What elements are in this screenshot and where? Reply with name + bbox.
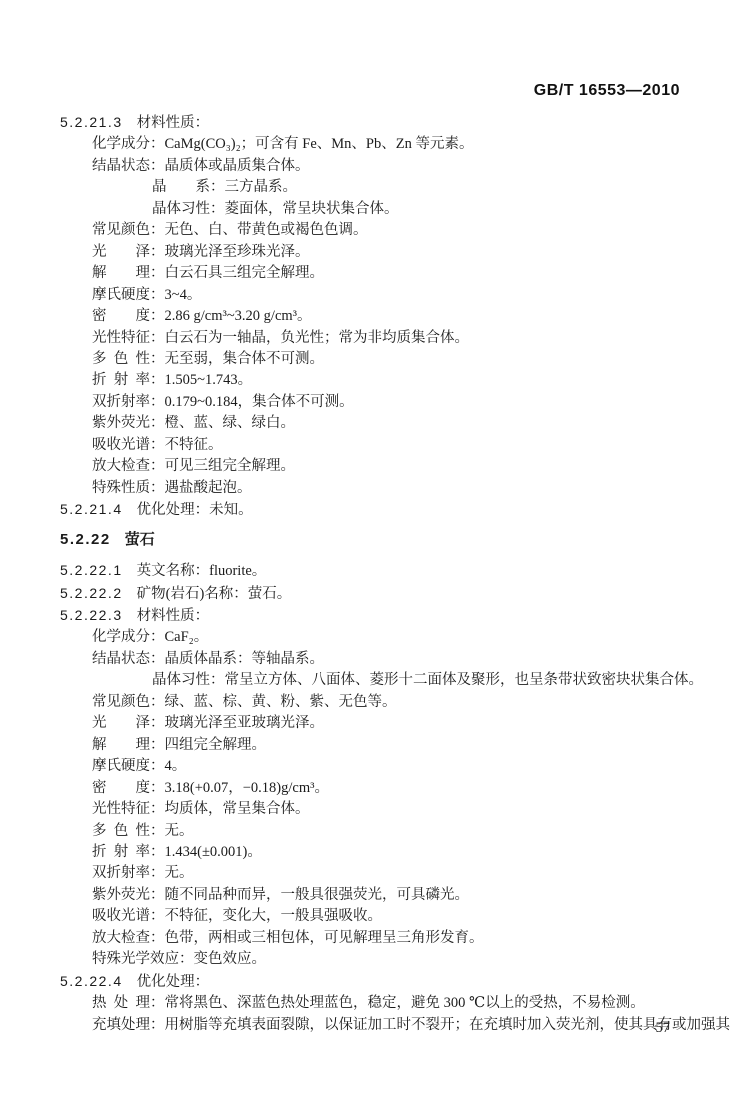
property-label: 紫外荧光 (92, 413, 150, 434)
property-value: ：1.505~1.743。 (150, 372, 252, 388)
property-value: ：0.179~0.184，集合体不可测。 (150, 394, 354, 410)
property-value: ：3~4。 (150, 287, 201, 303)
property-line: 光泽：玻璃光泽至珍珠光泽。 (0, 242, 750, 263)
clause-number: 5.2.22.2 (60, 583, 123, 604)
property-label: 特殊性质 (92, 478, 150, 499)
property-value: ：无。 (150, 865, 194, 881)
property-line: 热处理：常将黑色、深蓝色热处理蓝色，稳定，避免 300 ℃以上的受热，不易检测。 (0, 993, 750, 1014)
property-label: 吸收光谱 (92, 435, 150, 456)
property-line: 多色性：无。 (0, 821, 750, 842)
property-value: ：色带，两相或三相包体，可见解理呈三角形发育。 (150, 930, 484, 946)
property-value: ：白云石为一轴晶，负光性；常为非均质集合体。 (150, 330, 469, 346)
property-value: ：均质体，常呈集合体。 (150, 801, 310, 817)
property-label: 晶系 (152, 177, 210, 198)
property-value: ：遇盐酸起泡。 (150, 480, 252, 496)
property-label: 折射率 (92, 842, 150, 863)
property-value: ：晶质体晶系：等轴晶系。 (150, 651, 324, 667)
property-label: 吸收光谱 (92, 906, 150, 927)
property-label: 摩氏硬度 (92, 756, 150, 777)
property-label: 双折射率 (92, 392, 150, 413)
property-line: 紫外荧光：橙、蓝、绿、绿白。 (0, 413, 750, 434)
property-value: ：四组完全解理。 (150, 737, 266, 753)
clause-title: 材料性质： (137, 608, 210, 624)
property-label: 解理 (92, 735, 150, 756)
property-label: 放大检查 (92, 456, 150, 477)
property-line: 放大检查：可见三组完全解理。 (0, 456, 750, 477)
document-page: GB/T 16553—2010 5.2.21.3材料性质：化学成分：CaMg(C… (0, 0, 750, 1095)
property-line: 密度：2.86 g/cm³~3.20 g/cm³。 (0, 306, 750, 327)
property-value: ：橙、蓝、绿、绿白。 (150, 415, 295, 431)
clause-title: 优化处理：未知。 (137, 502, 253, 518)
clause-number: 5.2.21.3 (60, 112, 123, 133)
property-line: 结晶状态：晶质体或晶质集合体。 (0, 156, 750, 177)
property-label: 多色性 (92, 349, 150, 370)
property-line: 光性特征：均质体，常呈集合体。 (0, 799, 750, 820)
clause-number: 5.2.22 (60, 529, 111, 550)
property-line: 晶系：三方晶系。 (0, 177, 750, 198)
clause-title: 材料性质： (137, 115, 210, 131)
clause-line: 5.2.21.4优化处理：未知。 (0, 499, 750, 521)
property-line: 紫外荧光：随不同品种而异，一般具很强荧光，可具磷光。 (0, 885, 750, 906)
property-label: 光性特征 (92, 328, 150, 349)
property-line: 化学成分：CaMg(CO₃)₂；可含有 Fe、Mn、Pb、Zn 等元素。 (0, 134, 750, 155)
property-label: 常见颜色 (92, 220, 150, 241)
clause-number: 5.2.22.1 (60, 560, 123, 581)
property-line: 放大检查：色带，两相或三相包体，可见解理呈三角形发育。 (0, 928, 750, 949)
property-value: ：4。 (150, 758, 186, 774)
property-value: ：变色效应。 (179, 951, 266, 967)
property-label: 化学成分 (92, 627, 150, 648)
property-value: ：随不同品种而异，一般具很强荧光，可具磷光。 (150, 887, 469, 903)
clause-line: 5.2.22.4优化处理： (0, 971, 750, 993)
property-label: 紫外荧光 (92, 885, 150, 906)
property-line: 充填处理：用树脂等充填表面裂隙，以保证加工时不裂开；在充填时加入荧光剂，使其具有… (0, 1015, 750, 1036)
property-line: 吸收光谱：不特征，变化大，一般具强吸收。 (0, 906, 750, 927)
property-line: 常见颜色：无色、白、带黄色或褐色色调。 (0, 220, 750, 241)
clause-title: 英文名称：fluorite。 (137, 563, 267, 579)
property-value: ：三方晶系。 (210, 179, 297, 195)
property-value: ：绿、蓝、棕、黄、粉、紫、无色等。 (150, 694, 397, 710)
property-value: ：2.86 g/cm³~3.20 g/cm³。 (150, 308, 312, 324)
property-label: 双折射率 (92, 863, 150, 884)
property-value: ：常呈立方体、八面体、菱形十二面体及聚形，也呈条带状致密块状集合体。 (210, 672, 703, 688)
standard-number-header: GB/T 16553—2010 (534, 82, 680, 100)
property-label: 光泽 (92, 242, 150, 263)
clause-line: 5.2.22.3材料性质： (0, 605, 750, 627)
property-value: ：可见三组完全解理。 (150, 458, 295, 474)
property-line: 折射率：1.505~1.743。 (0, 370, 750, 391)
property-value: ：玻璃光泽至亚玻璃光泽。 (150, 715, 324, 731)
clause-number: 5.2.21.4 (60, 499, 123, 520)
property-label: 充填处理 (92, 1015, 150, 1036)
property-line: 常见颜色：绿、蓝、棕、黄、粉、紫、无色等。 (0, 692, 750, 713)
property-label: 常见颜色 (92, 692, 150, 713)
clause-title: 矿物(岩石)名称：萤石。 (137, 586, 292, 602)
property-value: ：1.434(±0.001)。 (150, 844, 262, 860)
property-label: 特殊光学效应 (92, 949, 179, 970)
property-label: 密度 (92, 306, 150, 327)
property-line: 双折射率：0.179~0.184，集合体不可测。 (0, 392, 750, 413)
property-label: 摩氏硬度 (92, 285, 150, 306)
property-value: ：用树脂等充填表面裂隙，以保证加工时不裂开；在充填时加入荧光剂，使其具有或加强其 (150, 1017, 730, 1033)
property-label: 结晶状态 (92, 649, 150, 670)
property-value: ：玻璃光泽至珍珠光泽。 (150, 244, 310, 260)
clause-line: 5.2.22.2矿物(岩石)名称：萤石。 (0, 583, 750, 605)
property-line: 结晶状态：晶质体晶系：等轴晶系。 (0, 649, 750, 670)
property-value: ：晶质体或晶质集合体。 (150, 158, 310, 174)
property-value: ：CaMg(CO₃)₂；可含有 Fe、Mn、Pb、Zn 等元素。 (150, 136, 473, 152)
property-line: 特殊光学效应：变色效应。 (0, 949, 750, 970)
clause-number: 5.2.22.4 (60, 971, 123, 992)
property-line: 摩氏硬度：4。 (0, 756, 750, 777)
document-body: 5.2.21.3材料性质：化学成分：CaMg(CO₃)₂；可含有 Fe、Mn、P… (0, 112, 750, 1036)
property-line: 化学成分：CaF₂。 (0, 627, 750, 648)
property-label: 化学成分 (92, 134, 150, 155)
property-value: ：3.18(+0.07，−0.18)g/cm³。 (150, 780, 329, 796)
section-heading: 5.2.22萤石 (0, 529, 750, 551)
property-line: 摩氏硬度：3~4。 (0, 285, 750, 306)
clause-line: 5.2.21.3材料性质： (0, 112, 750, 134)
page-number: 57 (656, 1020, 671, 1037)
property-line: 光性特征：白云石为一轴晶，负光性；常为非均质集合体。 (0, 328, 750, 349)
property-line: 晶体习性：菱面体，常呈块状集合体。 (0, 199, 750, 220)
property-line: 光泽：玻璃光泽至亚玻璃光泽。 (0, 713, 750, 734)
property-line: 密度：3.18(+0.07，−0.18)g/cm³。 (0, 778, 750, 799)
property-line: 特殊性质：遇盐酸起泡。 (0, 478, 750, 499)
property-label: 光性特征 (92, 799, 150, 820)
property-line: 双折射率：无。 (0, 863, 750, 884)
property-value: ：常将黑色、深蓝色热处理蓝色，稳定，避免 300 ℃以上的受热，不易检测。 (150, 995, 645, 1011)
clause-title: 萤石 (125, 532, 155, 548)
property-line: 晶体习性：常呈立方体、八面体、菱形十二面体及聚形，也呈条带状致密块状集合体。 (0, 670, 750, 691)
property-label: 密度 (92, 778, 150, 799)
clause-title: 优化处理： (137, 974, 210, 990)
property-label: 光泽 (92, 713, 150, 734)
property-value: ：无至弱，集合体不可测。 (150, 351, 324, 367)
property-value: ：菱面体，常呈块状集合体。 (210, 201, 399, 217)
property-label: 晶体习性 (152, 670, 210, 691)
property-value: ：无色、白、带黄色或褐色色调。 (150, 222, 368, 238)
clause-line: 5.2.22.1英文名称：fluorite。 (0, 560, 750, 582)
property-value: ：不特征，变化大，一般具强吸收。 (150, 908, 382, 924)
property-label: 晶体习性 (152, 199, 210, 220)
property-line: 解理：白云石具三组完全解理。 (0, 263, 750, 284)
property-line: 解理：四组完全解理。 (0, 735, 750, 756)
property-line: 吸收光谱：不特征。 (0, 435, 750, 456)
property-value: ：不特征。 (150, 437, 223, 453)
property-label: 多色性 (92, 821, 150, 842)
property-label: 折射率 (92, 370, 150, 391)
property-value: ：白云石具三组完全解理。 (150, 265, 324, 281)
property-value: ：CaF₂。 (150, 629, 208, 645)
property-label: 热处理 (92, 993, 150, 1014)
clause-number: 5.2.22.3 (60, 605, 123, 626)
property-value: ：无。 (150, 823, 194, 839)
property-label: 结晶状态 (92, 156, 150, 177)
property-label: 放大检查 (92, 928, 150, 949)
property-line: 多色性：无至弱，集合体不可测。 (0, 349, 750, 370)
property-line: 折射率：1.434(±0.001)。 (0, 842, 750, 863)
property-label: 解理 (92, 263, 150, 284)
